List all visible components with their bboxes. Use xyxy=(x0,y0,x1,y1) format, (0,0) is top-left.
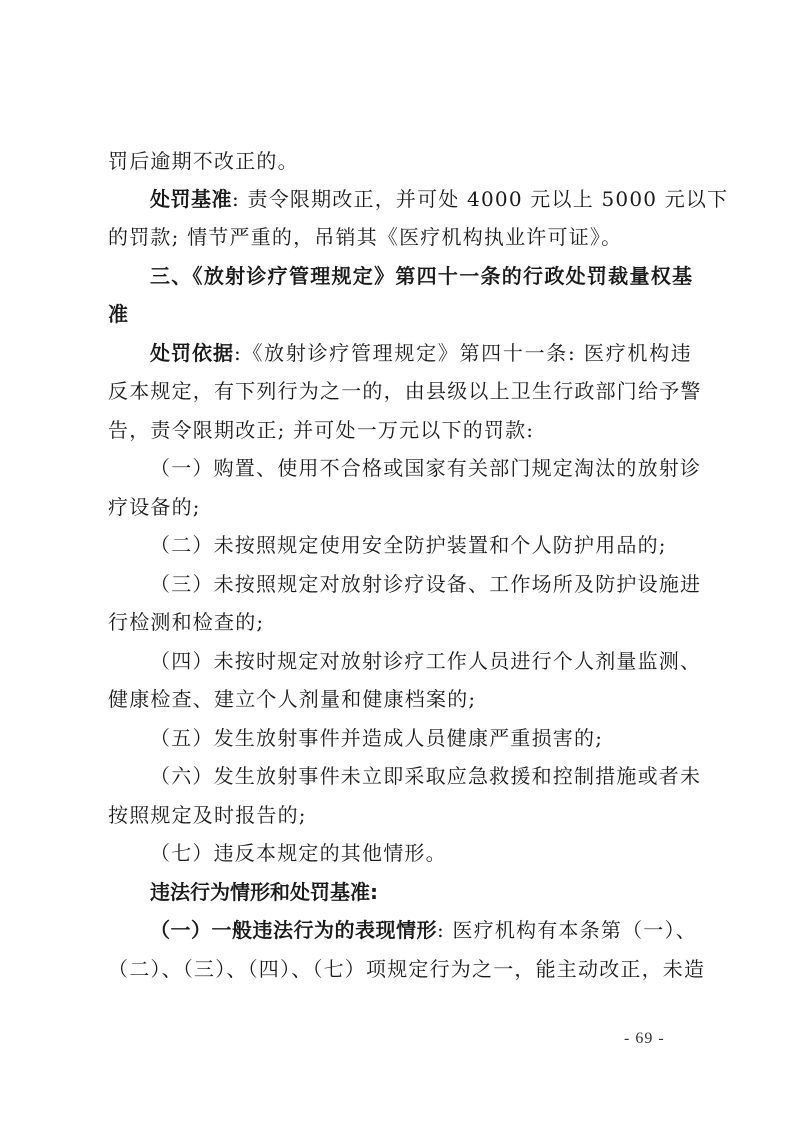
document-page: 罚后逾期不改正的。 处罚基准: 责令限期改正，并可处 4000 元以上 5000… xyxy=(0,0,794,1122)
section-heading: 三、《放射诊疗管理规定》第四十一条的行政处罚裁量权基 xyxy=(150,263,692,289)
penalty-standard-line: 处罚基准: 责令限期改正，并可处 4000 元以上 5000 元以下 xyxy=(150,186,692,212)
penalty-standard-label: 处罚基准 xyxy=(150,187,232,211)
page-number: - 69 - xyxy=(624,1030,665,1048)
paragraph-line: 反本规定，有下列行为之一的，由县级以上卫生行政部门给予警 xyxy=(108,378,692,404)
list-item-1-cont: 疗设备的; xyxy=(108,494,692,520)
list-item-3: （三）未按照规定对放射诊疗设备、工作场所及防护设施进 xyxy=(150,571,692,597)
paragraph-line: 罚后逾期不改正的。 xyxy=(108,148,692,174)
penalty-basis-text: :《放射诊疗管理规定》第四十一条: 医疗机构违 xyxy=(234,341,692,365)
paragraph-line: （二）、（三）、（四）、（七）项规定行为之一，能主动改正，未造 xyxy=(108,956,692,982)
list-item-5: （五）发生放射事件并造成人员健康严重损害的; xyxy=(150,725,692,751)
general-violation-line: （一）一般违法行为的表现情形: 医疗机构有本条第（一）、 xyxy=(150,917,692,943)
list-item-4-cont: 健康检查、建立个人剂量和健康档案的; xyxy=(108,686,692,712)
paragraph-line: 告，责令限期改正; 并可处一万元以下的罚款: xyxy=(108,417,692,443)
paragraph-line: 的罚款; 情节严重的，吊销其《医疗机构执业许可证》。 xyxy=(108,224,692,250)
list-item-6-cont: 按照规定及时报告的; xyxy=(108,802,692,828)
general-violation-text: : 医疗机构有本条第（一）、 xyxy=(437,918,697,942)
penalty-basis-line: 处罚依据:《放射诊疗管理规定》第四十一条: 医疗机构违 xyxy=(150,340,692,366)
list-item-7: （七）违反本规定的其他情形。 xyxy=(150,840,692,866)
penalty-standard-text: : 责令限期改正，并可处 4000 元以上 5000 元以下 xyxy=(232,187,728,211)
list-item-2: （二）未按照规定使用安全防护装置和个人防护用品的; xyxy=(150,532,692,558)
list-item-6: （六）发生放射事件未立即采取应急救援和控制措施或者未 xyxy=(150,763,692,789)
general-violation-label: （一）一般违法行为的表现情形 xyxy=(150,918,437,942)
list-item-3-cont: 行检测和检查的; xyxy=(108,609,692,635)
subsection-heading: 违法行为情形和处罚基准: xyxy=(150,879,692,905)
list-item-1: （一）购置、使用不合格或国家有关部门规定淘汰的放射诊 xyxy=(150,455,692,481)
list-item-4: （四）未按时规定对放射诊疗工作人员进行个人剂量监测、 xyxy=(150,648,692,674)
section-heading-cont: 准 xyxy=(108,301,692,327)
penalty-basis-label: 处罚依据 xyxy=(150,341,234,365)
